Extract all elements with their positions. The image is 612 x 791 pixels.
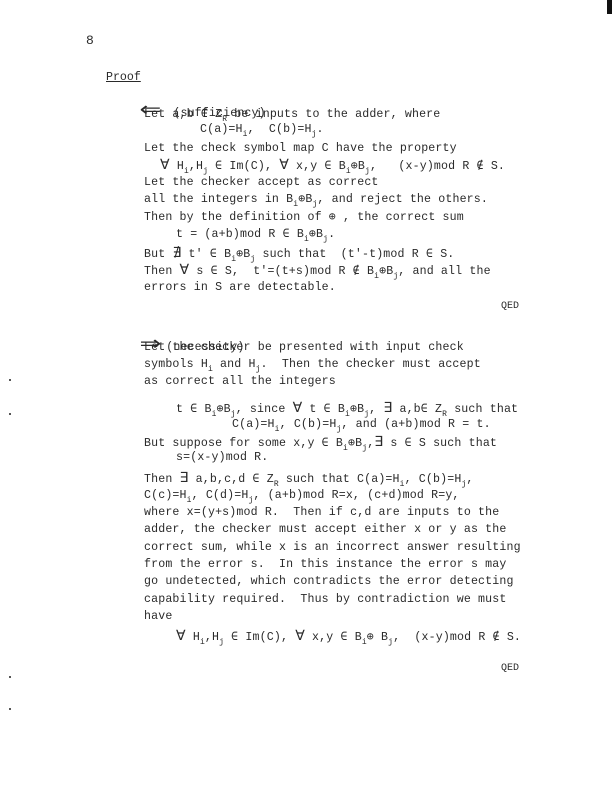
sufficiency-text-line: C(a)=Hi, C(b)=Hj.	[200, 123, 324, 137]
qed-mark: QED	[501, 663, 519, 674]
necessity-text-line: C(a)=Hi, C(b)=Hj, and (a+b)mod R = t.	[232, 418, 491, 432]
page-number: 8	[86, 33, 94, 48]
sufficiency-text-line: Then ∀ s ∈ S, t'=(t+s)mod R ∉ Bi⊕Bj, and…	[144, 263, 491, 279]
sufficiency-text-line: ∀ Hi,Hj ∈ Im(C), ∀ x,y ∈ Bi⊕Bj, (x-y)mod…	[160, 158, 505, 174]
necessity-text-line: adder, the checker must accept either x …	[144, 523, 506, 537]
sufficiency-text-line: errors in S are detectable.	[144, 281, 336, 295]
necessity-text-line: capability required. Thus by contradicti…	[144, 593, 506, 607]
necessity-text-line: from the error s. In this instance the e…	[144, 558, 506, 572]
necessity-text-line: ∀ Hi,Hj ∈ Im(C), ∀ x,y ∈ Bi⊕ Bj, (x-y)mo…	[176, 629, 521, 645]
necessity-text-line: where x=(y+s)mod R. Then if c,d are inpu…	[144, 506, 499, 520]
proof-heading: Proof	[106, 71, 141, 84]
necessity-text-line: have	[144, 610, 172, 624]
necessity-text-line: t ∈ Bi⊕Bj, since ∀ t ∈ Bi⊕Bj, ∃ a,b∈ ZR …	[176, 401, 518, 417]
sufficiency-text-line: Then by the definition of ⊕ , the correc…	[144, 211, 464, 225]
sufficiency-text-line: Let the checker accept as correct	[144, 176, 379, 190]
necessity-text-line: C(c)=Hi, C(d)=Hj, (a+b)mod R=x, (c+d)mod…	[144, 489, 460, 503]
sufficiency-text-line: Let a,b ∈ ZR be inputs to the adder, whe…	[144, 108, 440, 122]
scan-edge-mark	[607, 0, 612, 14]
qed-mark: QED	[501, 301, 519, 312]
sufficiency-text-line: all the integers in Bi⊕Bj, and reject th…	[144, 193, 488, 207]
margin-mark	[9, 676, 11, 678]
necessity-text-line: symbols Hi and Hj. Then the checker must…	[144, 358, 481, 372]
necessity-text-line: s=(x-y)mod R.	[176, 451, 268, 465]
sufficiency-text-line: But ∄ t' ∈ Bi⊕Bj such that (t'-t)mod R ∈…	[144, 246, 454, 262]
necessity-text-line: go undetected, which contradicts the err…	[144, 575, 514, 589]
sufficiency-text-line: Let the check symbol map C have the prop…	[144, 142, 457, 156]
necessity-text-line: Let the checker be presented with input …	[144, 341, 464, 355]
margin-mark	[9, 413, 11, 415]
necessity-text-line: as correct all the integers	[144, 375, 336, 389]
margin-mark	[9, 379, 11, 381]
necessity-text-line: But suppose for some x,y ∈ Bi⊕Bj,∃ s ∈ S…	[144, 435, 497, 451]
necessity-text-line: Then ∃ a,b,c,d ∈ ZR such that C(a)=Hi, C…	[144, 471, 474, 487]
margin-mark	[9, 708, 11, 710]
sufficiency-text-line: t = (a+b)mod R ∈ Bi⊕Bj.	[176, 228, 335, 242]
necessity-text-line: correct sum, while x is an incorrect ans…	[144, 541, 521, 555]
